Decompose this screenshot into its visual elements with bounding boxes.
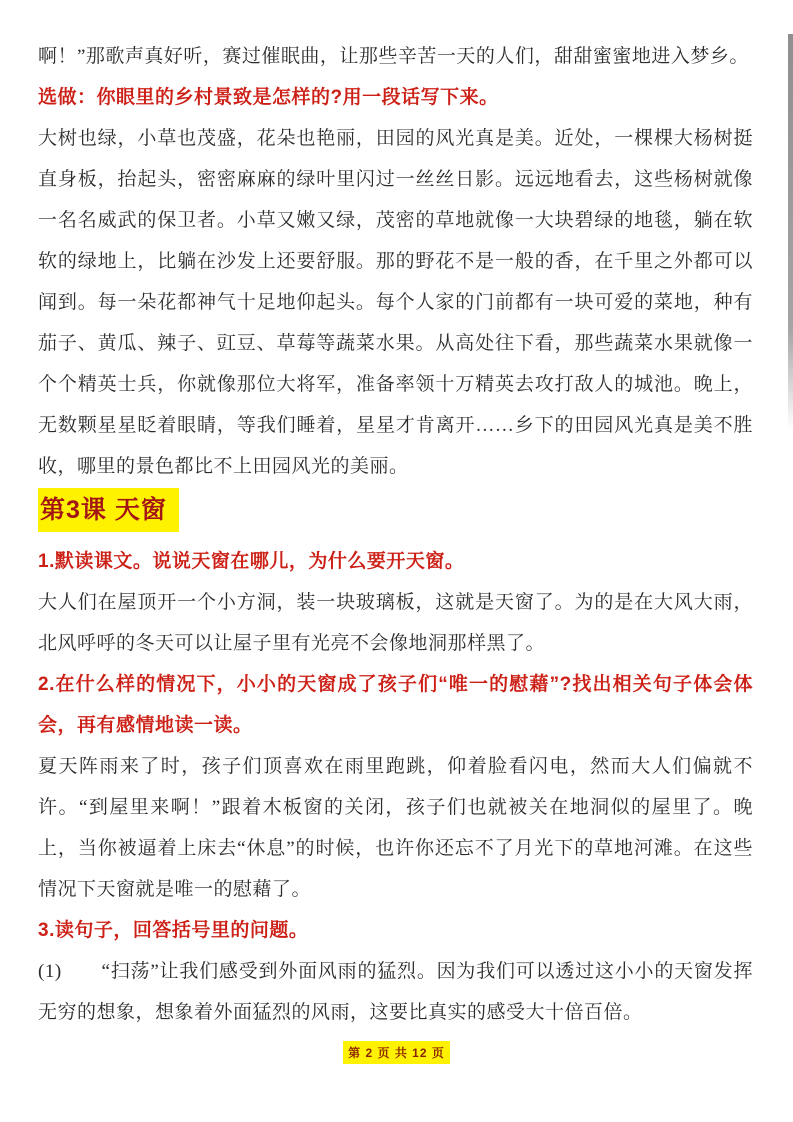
document-page: 啊！”那歌声真好听，赛过催眠曲，让那些辛苦一天的人们，甜甜蜜蜜地进入梦乡。 选做… [0, 0, 793, 1122]
heading-question-1: 1.默读课文。说说天窗在哪儿，为什么要开天窗。 [38, 541, 753, 582]
page-number-badge: 第 2 页 共 12 页 [343, 1041, 450, 1064]
scan-edge-line [788, 34, 793, 429]
paragraph-answer-2: 夏天阵雨来了时，孩子们顶喜欢在雨里跑跳，仰着脸看闪电，然而大人们偏就不许。“到屋… [38, 746, 753, 910]
heading-question-2: 2.在什么样的情况下，小小的天窗成了孩子们“唯一的慰藉”?找出相关句子体会体会，… [38, 664, 753, 746]
page-footer: 第 2 页 共 12 页 [0, 1041, 793, 1064]
lesson-title-row: 第3课 天窗 [38, 487, 753, 541]
page-content: 啊！”那歌声真好听，赛过催眠曲，让那些辛苦一天的人们，甜甜蜜蜜地进入梦乡。 选做… [0, 0, 793, 1033]
lesson-title: 第3课 天窗 [38, 488, 179, 532]
paragraph-answer-3-item-1: (1) “扫荡”让我们感受到外面风雨的猛烈。因为我们可以透过这小小的天窗发挥无穷… [38, 951, 753, 1033]
paragraph-answer-1: 大人们在屋顶开一个小方洞，装一块玻璃板，这就是天窗了。为的是在大风大雨，北风呼呼… [38, 582, 753, 664]
heading-optional-task: 选做：你眼里的乡村景致是怎样的?用一段话写下来。 [38, 77, 753, 118]
paragraph-song-ending: 啊！”那歌声真好听，赛过催眠曲，让那些辛苦一天的人们，甜甜蜜蜜地进入梦乡。 [38, 36, 753, 77]
paragraph-countryside-answer: 大树也绿，小草也茂盛，花朵也艳丽，田园的风光真是美。近处，一棵棵大杨树挺直身板，… [38, 118, 753, 487]
heading-question-3: 3.读句子，回答括号里的问题。 [38, 910, 753, 951]
